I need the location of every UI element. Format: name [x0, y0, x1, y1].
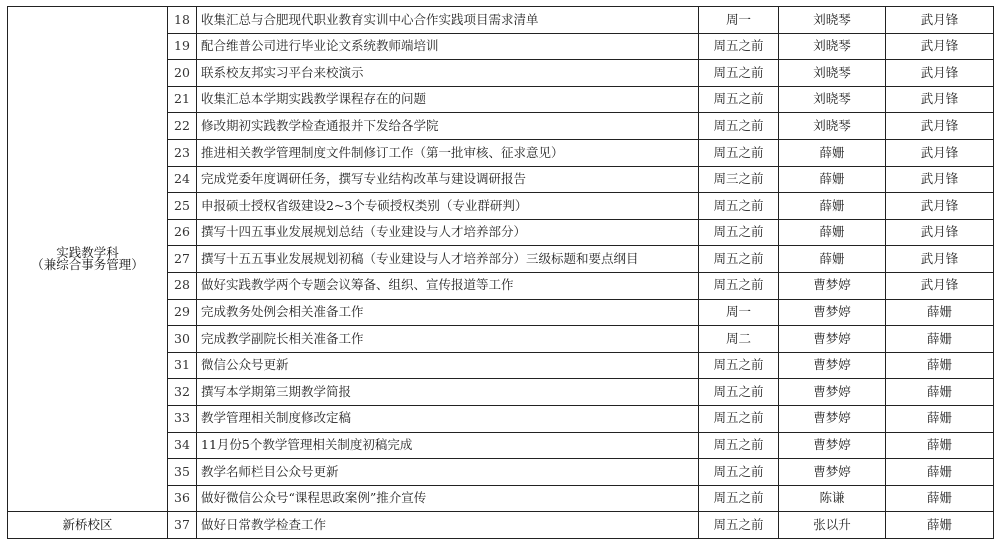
deadline-cell: 周五之前 — [699, 272, 779, 299]
owner-cell: 曹梦婷 — [779, 459, 886, 486]
task-description: 申报硕士授权省级建设2~3个专硕授权类别（专业群研判） — [197, 193, 699, 220]
deadline-cell: 周二 — [699, 326, 779, 353]
owner-cell: 曹梦婷 — [779, 326, 886, 353]
task-description: 修改期初实践教学检查通报并下发给各学院 — [197, 113, 699, 140]
table-row: 新桥校区37做好日常教学检查工作周五之前张以升薛姗 — [8, 512, 994, 539]
row-number: 21 — [168, 86, 197, 113]
row-number: 24 — [168, 166, 197, 193]
deadline-cell: 周五之前 — [699, 60, 779, 87]
row-number: 37 — [168, 512, 197, 539]
owner-cell: 刘晓琴 — [779, 113, 886, 140]
deadline-cell: 周五之前 — [699, 86, 779, 113]
row-number: 19 — [168, 33, 197, 60]
owner-cell: 刘晓琴 — [779, 60, 886, 87]
supervisor-cell: 武月锋 — [886, 193, 994, 220]
row-number: 22 — [168, 113, 197, 140]
deadline-cell: 周五之前 — [699, 459, 779, 486]
task-description: 做好微信公众号“课程思政案例”推介宣传 — [197, 485, 699, 512]
deadline-cell: 周五之前 — [699, 432, 779, 459]
task-description: 收集汇总与合肥现代职业教育实训中心合作实践项目需求清单 — [197, 7, 699, 34]
task-description: 完成教学副院长相关准备工作 — [197, 326, 699, 353]
deadline-cell: 周五之前 — [699, 193, 779, 220]
supervisor-cell: 薛姗 — [886, 326, 994, 353]
deadline-cell: 周五之前 — [699, 485, 779, 512]
task-description: 微信公众号更新 — [197, 352, 699, 379]
supervisor-cell: 薛姗 — [886, 299, 994, 326]
row-number: 35 — [168, 459, 197, 486]
task-description: 配合维普公司进行毕业论文系统教师端培训 — [197, 33, 699, 60]
task-description: 教学名师栏目公众号更新 — [197, 459, 699, 486]
supervisor-cell: 薛姗 — [886, 405, 994, 432]
department-subtitle: （兼综合事务管理） — [8, 259, 167, 272]
owner-cell: 曹梦婷 — [779, 299, 886, 326]
department-cell: 实践教学科（兼综合事务管理） — [8, 7, 168, 512]
row-number: 34 — [168, 432, 197, 459]
task-description: 撰写十四五事业发展规划总结（专业建设与人才培养部分） — [197, 219, 699, 246]
deadline-cell: 周五之前 — [699, 405, 779, 432]
task-description: 联系校友邦实习平台来校演示 — [197, 60, 699, 87]
row-number: 20 — [168, 60, 197, 87]
row-number: 18 — [168, 7, 197, 34]
table-body: 实践教学科（兼综合事务管理）18收集汇总与合肥现代职业教育实训中心合作实践项目需… — [8, 7, 994, 539]
row-number: 23 — [168, 139, 197, 166]
owner-cell: 薛姗 — [779, 246, 886, 273]
row-number: 25 — [168, 193, 197, 220]
task-description: 推进相关教学管理制度文件制修订工作（第一批审核、征求意见） — [197, 139, 699, 166]
task-description: 撰写十五五事业发展规划初稿（专业建设与人才培养部分）三级标题和要点纲目 — [197, 246, 699, 273]
row-number: 31 — [168, 352, 197, 379]
row-number: 27 — [168, 246, 197, 273]
supervisor-cell: 薛姗 — [886, 485, 994, 512]
supervisor-cell: 武月锋 — [886, 139, 994, 166]
owner-cell: 曹梦婷 — [779, 272, 886, 299]
owner-cell: 曹梦婷 — [779, 432, 886, 459]
supervisor-cell: 薛姗 — [886, 352, 994, 379]
deadline-cell: 周一 — [699, 7, 779, 34]
supervisor-cell: 薛姗 — [886, 379, 994, 406]
supervisor-cell: 武月锋 — [886, 60, 994, 87]
work-schedule-table: 实践教学科（兼综合事务管理）18收集汇总与合肥现代职业教育实训中心合作实践项目需… — [7, 6, 994, 539]
owner-cell: 薛姗 — [779, 219, 886, 246]
table-row: 实践教学科（兼综合事务管理）18收集汇总与合肥现代职业教育实训中心合作实践项目需… — [8, 7, 994, 34]
owner-cell: 薛姗 — [779, 139, 886, 166]
supervisor-cell: 武月锋 — [886, 219, 994, 246]
row-number: 29 — [168, 299, 197, 326]
supervisor-cell: 武月锋 — [886, 272, 994, 299]
owner-cell: 张以升 — [779, 512, 886, 539]
supervisor-cell: 薛姗 — [886, 432, 994, 459]
supervisor-cell: 武月锋 — [886, 113, 994, 140]
supervisor-cell: 武月锋 — [886, 33, 994, 60]
row-number: 26 — [168, 219, 197, 246]
task-description: 收集汇总本学期实践教学课程存在的问题 — [197, 86, 699, 113]
deadline-cell: 周五之前 — [699, 113, 779, 140]
task-description: 完成党委年度调研任务，撰写专业结构改革与建设调研报告 — [197, 166, 699, 193]
owner-cell: 刘晓琴 — [779, 33, 886, 60]
owner-cell: 曹梦婷 — [779, 405, 886, 432]
task-description: 做好日常教学检查工作 — [197, 512, 699, 539]
task-description: 做好实践教学两个专题会议筹备、组织、宣传报道等工作 — [197, 272, 699, 299]
task-description: 完成教务处例会相关准备工作 — [197, 299, 699, 326]
task-description: 11月份5个教学管理相关制度初稿完成 — [197, 432, 699, 459]
department-name: 新桥校区 — [8, 519, 167, 532]
supervisor-cell: 武月锋 — [886, 7, 994, 34]
supervisor-cell: 武月锋 — [886, 166, 994, 193]
task-description: 教学管理相关制度修改定稿 — [197, 405, 699, 432]
deadline-cell: 周五之前 — [699, 219, 779, 246]
owner-cell: 曹梦婷 — [779, 379, 886, 406]
deadline-cell: 周一 — [699, 299, 779, 326]
row-number: 36 — [168, 485, 197, 512]
task-description: 撰写本学期第三期教学简报 — [197, 379, 699, 406]
deadline-cell: 周三之前 — [699, 166, 779, 193]
deadline-cell: 周五之前 — [699, 352, 779, 379]
deadline-cell: 周五之前 — [699, 246, 779, 273]
deadline-cell: 周五之前 — [699, 379, 779, 406]
supervisor-cell: 薛姗 — [886, 459, 994, 486]
owner-cell: 陈谦 — [779, 485, 886, 512]
supervisor-cell: 武月锋 — [886, 86, 994, 113]
supervisor-cell: 武月锋 — [886, 246, 994, 273]
supervisor-cell: 薛姗 — [886, 512, 994, 539]
owner-cell: 刘晓琴 — [779, 7, 886, 34]
deadline-cell: 周五之前 — [699, 139, 779, 166]
deadline-cell: 周五之前 — [699, 33, 779, 60]
owner-cell: 曹梦婷 — [779, 352, 886, 379]
department-cell: 新桥校区 — [8, 512, 168, 539]
row-number: 33 — [168, 405, 197, 432]
owner-cell: 薛姗 — [779, 193, 886, 220]
deadline-cell: 周五之前 — [699, 512, 779, 539]
row-number: 32 — [168, 379, 197, 406]
owner-cell: 薛姗 — [779, 166, 886, 193]
owner-cell: 刘晓琴 — [779, 86, 886, 113]
row-number: 30 — [168, 326, 197, 353]
row-number: 28 — [168, 272, 197, 299]
